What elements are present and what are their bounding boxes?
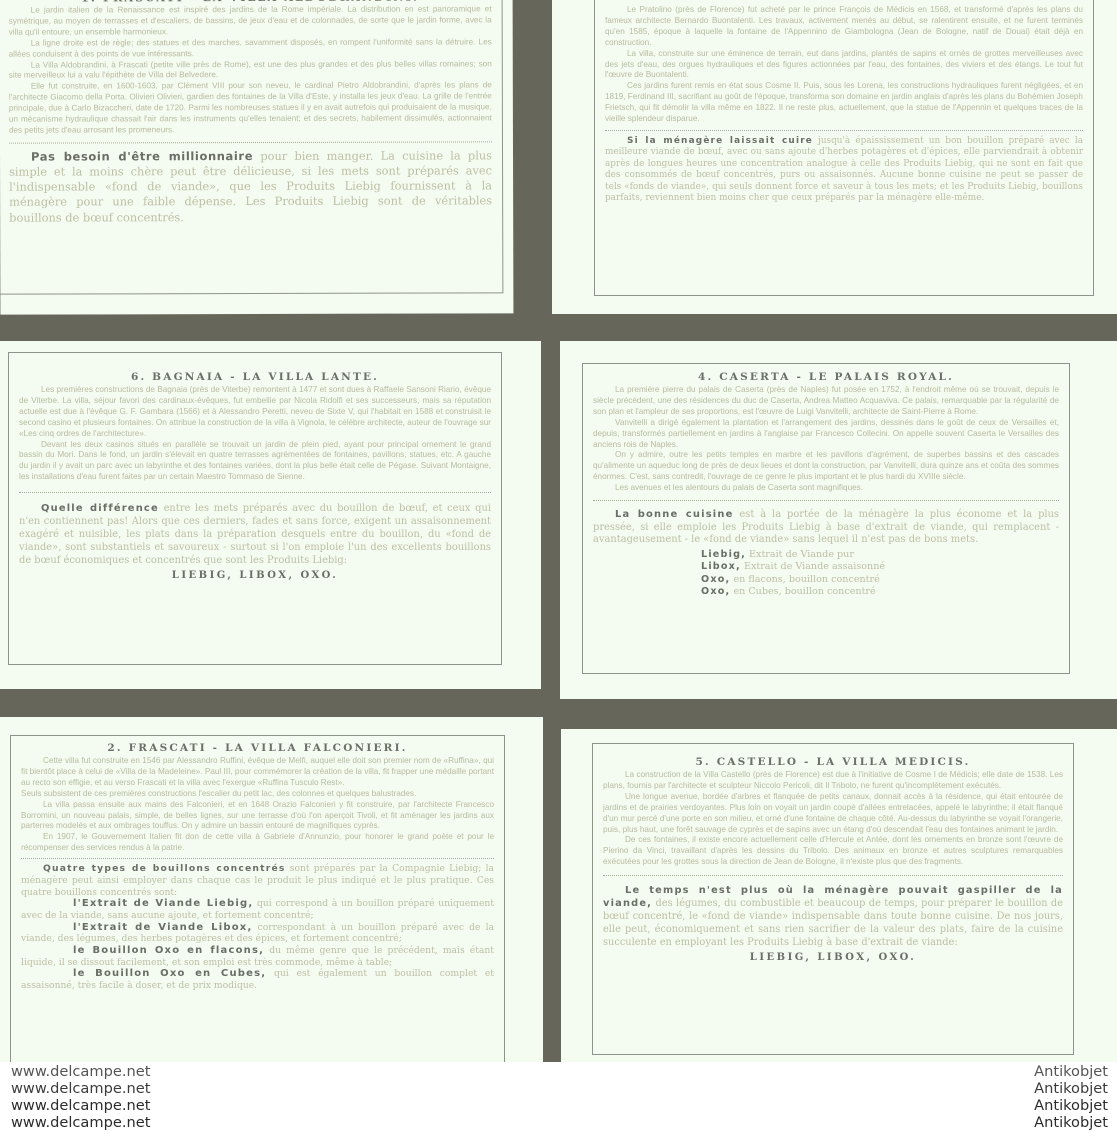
card-paragraph: La première pierre du palais de Caserta … (593, 385, 1059, 418)
product-name: Oxo, (701, 586, 730, 597)
dotted-separator (21, 858, 494, 859)
product-item: le Bouillon Oxo en Cubes, qui est égalem… (21, 968, 494, 991)
advert-text: Si la ménagère laissait cuire jusqu'à ép… (605, 136, 1083, 205)
brand-line: LIEBIG, LIBOX, OXO. (19, 570, 491, 581)
card-paragraph: La Villa Aldobrandini, à Frascati (petit… (9, 59, 492, 82)
card-castello-medicis: 5. CASTELLO - LA VILLA MEDICIS. La const… (561, 729, 1117, 1062)
card-paragraph: On y admire, outre les petits temples en… (593, 450, 1059, 483)
card-paragraph: Vanvitelli a dirigé également la plantat… (593, 418, 1059, 451)
card-paragraph: Elle fut construite, en 1600-1603, par C… (9, 81, 492, 137)
card-paragraph: Ces jardins furent remis en état sous Co… (605, 81, 1083, 125)
advert-body: des légumes, du combustible et beaucoup … (603, 898, 1063, 948)
card-paragraph: Devant les deux casinos situés en parall… (19, 440, 491, 484)
dotted-separator (603, 875, 1063, 876)
watermark-seller-line: Antikobjet (1034, 1114, 1108, 1131)
card-paragraph: En 1907, le Gouvernement Italien fit don… (21, 832, 494, 854)
dotted-separator (19, 492, 491, 493)
card-title: 4. CASERTA - LE PALAIS ROYAL. (593, 371, 1059, 384)
card-frascati-falconieri: 2. FRASCATI - LA VILLA FALCONIERI. Cette… (0, 717, 543, 1062)
watermark-site-line: www.delcampe.net (11, 1114, 150, 1131)
watermark-seller: Antikobjet Antikobjet Antikobjet Antikob… (1034, 1063, 1108, 1131)
card-paragraph: Une longue avenue, bordée d'arbres et fl… (603, 792, 1063, 836)
card-frame: 6. BAGNAIA - LA VILLA LANTE. Les premièr… (8, 352, 502, 665)
advert-body: jusqu'à épaississement un bon bouillon p… (605, 136, 1083, 204)
product-item: Libox, Extrait de Viande assaisonné (701, 561, 1059, 573)
product-desc: Extrait de Viande pur (746, 549, 854, 560)
watermark-footer: www.delcampe.net www.delcampe.net www.de… (0, 1062, 1117, 1131)
dotted-separator (605, 130, 1083, 131)
product-item: Liebig, Extrait de Viande pur (701, 549, 1059, 561)
watermark-seller-line: Antikobjet (1034, 1097, 1108, 1114)
card-frame: 1. FRASCATI - LA VILLA ALDOBRANDINI. Le … (0, 0, 503, 295)
dotted-separator (593, 500, 1059, 501)
advert-lead: Si la ménagère laissait cuire (627, 136, 813, 146)
product-name: Libox, (701, 561, 741, 572)
product-name: le Bouillon Oxo en Cubes, (73, 968, 266, 979)
card-board: 1. FRASCATI - LA VILLA ALDOBRANDINI. Le … (0, 0, 1117, 1062)
advert-lead: Quatre types de bouillons concentrés (43, 863, 286, 874)
card-frame: 4. CASERTA - LE PALAIS ROYAL. La premièr… (582, 363, 1070, 674)
card-paragraph: Seuls subsistent de ces premières constr… (21, 789, 494, 800)
card-paragraph: Le jardin italien de la Renaissance est … (9, 4, 492, 38)
product-item: le Bouillon Oxo en flacons, du même genr… (21, 945, 494, 968)
card-paragraph: La villa, construite sur une éminence de… (605, 49, 1083, 82)
card-frame: 3. LE PRATOLINO - L'APPENNINO. Le Pratol… (594, 0, 1094, 296)
product-list: Liebig, Extrait de Viande pur Libox, Ext… (701, 549, 1059, 599)
advert-text: Quatre types de bouillons concentrés son… (21, 863, 494, 898)
watermark-seller-line: Antikobjet (1034, 1080, 1108, 1097)
product-item: Oxo, en Cubes, bouillon concentré (701, 586, 1059, 598)
card-title: 6. BAGNAIA - LA VILLA LANTE. (19, 371, 491, 384)
card-paragraph: La villa passa ensuite aux mains des Fal… (21, 800, 494, 833)
advert-text: Quelle différence entre les mets préparé… (19, 502, 491, 567)
product-name: Liebig, (701, 549, 746, 560)
card-caserta-palais-royal: 4. CASERTA - LE PALAIS ROYAL. La premièr… (560, 341, 1117, 699)
product-item: l'Extrait de Viande Liebig, qui correspo… (21, 898, 494, 921)
advert-lead: La bonne cuisine (615, 509, 734, 520)
card-paragraph: Les avenues et les alentours du palais d… (593, 483, 1059, 494)
card-title: 2. FRASCATI - LA VILLA FALCONIERI. (21, 742, 494, 755)
brand-line: LIEBIG, LIBOX, OXO. (603, 952, 1063, 963)
card-title: 3. LE PRATOLINO - L'APPENNINO. (605, 0, 1083, 4)
product-desc: en Cubes, bouillon concentré (730, 586, 875, 597)
dotted-separator (9, 141, 492, 143)
card-paragraph: Cette villa fut construite en 1546 par A… (21, 756, 494, 789)
product-desc: Extrait de Viande assaisonné (741, 561, 885, 572)
product-name: Oxo, (701, 574, 730, 585)
card-frame: 5. CASTELLO - LA VILLA MEDICIS. La const… (592, 743, 1074, 1055)
product-name: le Bouillon Oxo en flacons, (73, 945, 264, 956)
advert-lead: Pas besoin d'être millionnaire (31, 149, 253, 164)
card-paragraph: Les premières constructions de Bagnaia (… (19, 385, 491, 440)
product-name: l'Extrait de Viande Libox, (73, 922, 252, 933)
card-title: 5. CASTELLO - LA VILLA MEDICIS. (603, 756, 1063, 769)
card-paragraph: Le Pratolino (près de Florence) fut ache… (605, 5, 1083, 49)
advert-text: Pas besoin d'être millionnaire pour bien… (9, 148, 492, 225)
card-frame: 2. FRASCATI - LA VILLA FALCONIERI. Cette… (10, 735, 505, 1062)
card-pratolino-appennino: 3. LE PRATOLINO - L'APPENNINO. Le Pratol… (552, 0, 1117, 314)
watermark-site-line: www.delcampe.net (11, 1097, 150, 1114)
product-name: l'Extrait de Viande Liebig, (73, 898, 253, 909)
advert-text: Le temps n'est plus où la ménagère pouva… (603, 884, 1063, 949)
watermark-site: www.delcampe.net www.delcampe.net www.de… (11, 1063, 150, 1131)
card-paragraph: La ligne droite est de règle; des statue… (9, 37, 492, 60)
advert-lead: Quelle différence (41, 503, 159, 514)
card-paragraph: De ces fontaines, il existe encore actue… (603, 835, 1063, 868)
watermark-site-line: www.delcampe.net (11, 1080, 150, 1097)
card-frascati-aldobrandini: 1. FRASCATI - LA VILLA ALDOBRANDINI. Le … (0, 0, 513, 315)
product-desc: en flacons, bouillon concentré (730, 574, 879, 585)
watermark-seller-line: Antikobjet (1034, 1063, 1108, 1080)
advert-text: La bonne cuisine est à la portée de la m… (593, 509, 1059, 547)
card-paragraph: La construction de la Villa Castello (pr… (603, 770, 1063, 792)
product-item: Oxo, en flacons, bouillon concentré (701, 574, 1059, 586)
card-bagnaia-lante: 6. BAGNAIA - LA VILLA LANTE. Les premièr… (0, 341, 541, 689)
product-item: l'Extrait de Viande Libox, correspondant… (21, 922, 494, 945)
watermark-site-line: www.delcampe.net (11, 1063, 150, 1080)
